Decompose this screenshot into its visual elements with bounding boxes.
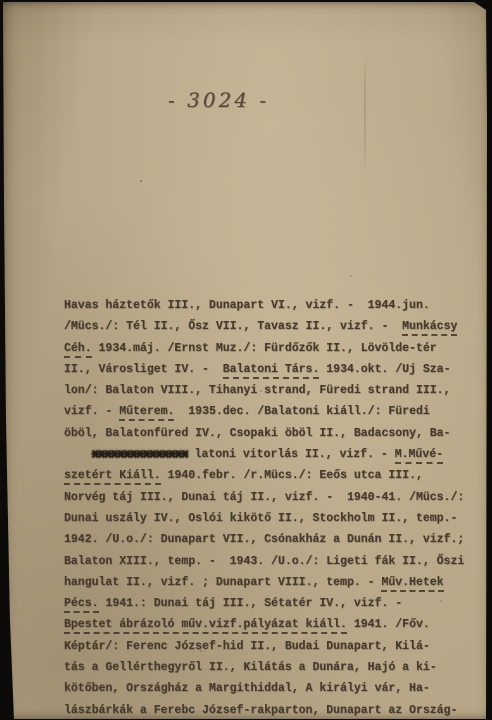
- text-segment: lászbárkák a Ferebc József-rakparton, Du…: [64, 704, 457, 717]
- paper-sheet: - 3024 - Havas háztetők III., Dunapart V…: [0, 0, 492, 720]
- text-line: Bpestet ábrázoló műv.vizf.pályázat kiáll…: [64, 614, 484, 635]
- text-line: Dunai uszály IV., Oslói kikötő II., Stoc…: [64, 508, 484, 529]
- text-segment: tás a Gellérthegyről II., Kilátás a Duná…: [64, 661, 437, 674]
- text-segment: öböl, Balatonfüred IV., Csopaki öböl II.…: [64, 427, 450, 440]
- text-segment: hangulat II., vizf. ; Dunapart VIII., te…: [64, 576, 381, 589]
- scanned-page: - 3024 - Havas háztetők III., Dunapart V…: [0, 0, 492, 720]
- text-line: Pécs. 1941.: Dunai táj III., Sétatér IV.…: [64, 593, 484, 614]
- underlined-text: Céh.: [64, 342, 92, 358]
- text-line: szetért Kiáll. 1940.febr. /r.Mücs./: Eeő…: [64, 465, 484, 486]
- text-segment: 1934.okt. /Uj Sza-: [319, 363, 450, 376]
- text-segment: 1942. /U.o./: Dunapart VII., Csónakház a…: [64, 533, 464, 546]
- text-line: vizf. - Műterem. 1935.dec. /Balatoni kiá…: [64, 401, 484, 422]
- text-line: II., Városliget IV. - Balatoni Társ. 193…: [64, 359, 484, 380]
- text-segment: 1934.máj. /Ernst Muz./: Fürdőzők II., Lö…: [92, 342, 437, 355]
- underlined-text: szetért Kiáll.: [64, 469, 161, 485]
- text-segment: 1941.: Dunai táj III., Sétatér IV., vizf…: [99, 597, 403, 610]
- text-line: kötőben, Országház a Margithiddal, A kir…: [64, 678, 484, 699]
- text-segment: Havas háztetők III., Dunapart VI., vizf.…: [64, 299, 430, 312]
- text-segment: kötőben, Országház a Margithiddal, A kir…: [64, 682, 430, 695]
- paper-crease: [364, 55, 366, 175]
- text-segment: Balaton XIII., temp. - 1943. /U.o./: Lig…: [64, 555, 464, 568]
- text-line: xxxxxxxxxxxxxxx latoni vitorlás II., viz…: [64, 444, 484, 465]
- text-line: Képtár/: Ferenc József-hid II., Budai Du…: [64, 636, 484, 657]
- text-line: Havas háztetők III., Dunapart VI., vizf.…: [64, 295, 484, 316]
- text-line: lászbárkák a Ferebc József-rakparton, Du…: [64, 700, 484, 720]
- text-segment: 1935.dec. /Balatoni kiáll./: Füredi: [174, 405, 429, 418]
- text-segment: Dunai uszály IV., Oslói kikötő II., Stoc…: [64, 512, 457, 525]
- text-segment: Norvég táj III., Dunai táj II., vizf. - …: [64, 491, 464, 504]
- underlined-text: M.Művé-: [395, 448, 443, 464]
- text-line: öböl, Balatonfüred IV., Csopaki öböl II.…: [64, 423, 484, 444]
- text-line: Norvég táj III., Dunai táj II., vizf. - …: [64, 487, 484, 508]
- text-segment: /Mücs./: Tél II., Ősz VII., Tavasz II., …: [64, 320, 402, 333]
- text-line: Balaton XIII., temp. - 1943. /U.o./: Lig…: [64, 551, 484, 572]
- text-segment: 1941. /Főv.: [347, 618, 430, 631]
- text-segment: 1940.febr. /r.Mücs./: Eeős utca III.,: [161, 469, 423, 482]
- paper-specks: [140, 180, 142, 182]
- underlined-text: Balatoni Társ.: [223, 363, 320, 379]
- text-segment: latoni vitorlás II., vizf. -: [188, 448, 395, 461]
- underlined-text: Műterem.: [119, 405, 174, 421]
- text-line: hangulat II., vizf. ; Dunapart VIII., te…: [64, 572, 484, 593]
- text-line: tás a Gellérthegyről II., Kilátás a Duná…: [64, 657, 484, 678]
- text-line: /Mücs./: Tél II., Ősz VII., Tavasz II., …: [64, 316, 484, 337]
- handwritten-page-number: - 3024 -: [168, 88, 269, 112]
- text-line: lon/: Balaton VIII., Tihanyi strand, Für…: [64, 380, 484, 401]
- text-segment: lon/: Balaton VIII., Tihanyi strand, Für…: [64, 384, 450, 397]
- text-line: Céh. 1934.máj. /Ernst Muz./: Fürdőzők II…: [64, 338, 484, 359]
- underlined-text: Munkácsy: [402, 320, 457, 336]
- text-segment: Képtár/: Ferenc József-hid II., Budai Du…: [64, 640, 430, 653]
- underlined-text: Pécs.: [64, 597, 99, 613]
- underlined-text: Bpestet ábrázoló műv.vizf.pályázat kiáll…: [64, 618, 347, 634]
- typed-text-block: Havas háztetők III., Dunapart VI., vizf.…: [64, 295, 484, 720]
- text-segment: [64, 448, 92, 461]
- text-segment: vizf. -: [64, 405, 119, 418]
- text-segment: II., Városliget IV. -: [64, 363, 223, 376]
- struck-out-text: xxxxxxxxxxxxxxx: [92, 448, 188, 461]
- text-line: 1942. /U.o./: Dunapart VII., Csónakház a…: [64, 529, 484, 550]
- underlined-text: Műv.Hetek: [381, 576, 443, 592]
